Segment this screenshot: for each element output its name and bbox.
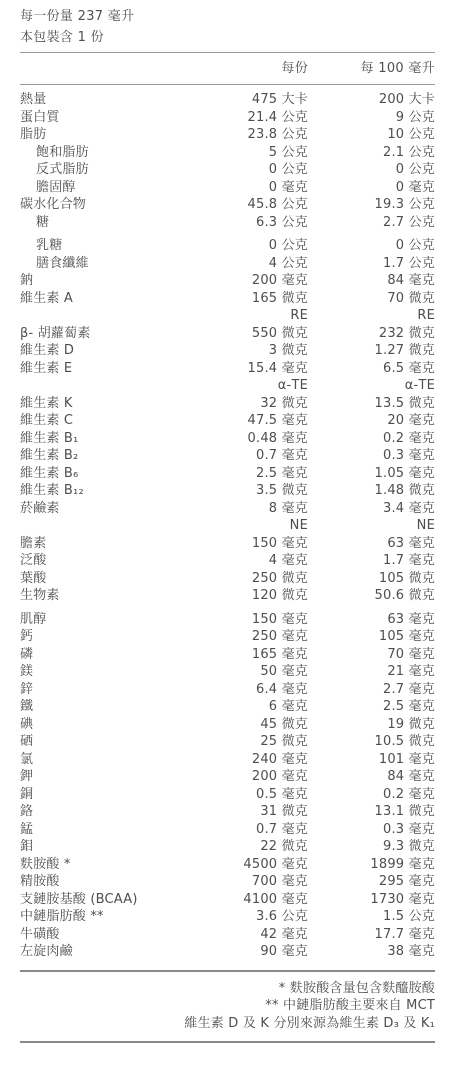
per-serving-column-header: 每份 <box>200 60 308 77</box>
value-text: 13.5 微克 <box>308 395 435 413</box>
per-100ml-value: 2.1 公克 <box>308 144 435 162</box>
table-row: 維生素 B₁₂3.5 微克1.48 微克 <box>20 482 435 500</box>
per-100ml-value: 1.7 毫克 <box>308 552 435 570</box>
table-row: 維生素 D3 微克1.27 微克 <box>20 342 435 360</box>
row-label: 銅 <box>20 786 200 804</box>
per-serving-value: 32 微克 <box>200 395 308 413</box>
serving-size-text: 每一份量 237 毫升 <box>20 6 435 27</box>
value-text: 31 微克 <box>200 803 308 821</box>
per-serving-value: 42 毫克 <box>200 926 308 944</box>
row-label: 維生素 D <box>20 342 200 360</box>
table-row: 蛋白質21.4 公克9 公克 <box>20 109 435 127</box>
per-serving-value: 23.8 公克 <box>200 126 308 144</box>
value-text: 25 微克 <box>200 733 308 751</box>
table-row: 維生素 A165 微克RE70 微克RE <box>20 290 435 325</box>
table-row: 熱量475 大卡200 大卡 <box>20 91 435 109</box>
value-text: 42 毫克 <box>200 926 308 944</box>
value-text: 250 微克 <box>200 570 308 588</box>
table-row: 精胺酸700 毫克295 毫克 <box>20 873 435 891</box>
per-serving-value: 165 微克RE <box>200 290 308 325</box>
value-text: 232 微克 <box>308 325 435 343</box>
per-100ml-value: 63 毫克 <box>308 611 435 629</box>
row-label: 鋅 <box>20 681 200 699</box>
row-label: 膽素 <box>20 535 200 553</box>
unit-continuation: α-TE <box>200 377 308 395</box>
per-100ml-value: 20 毫克 <box>308 412 435 430</box>
per-100ml-value: 21 毫克 <box>308 663 435 681</box>
per-100ml-column-header: 每 100 毫升 <box>308 60 435 77</box>
per-serving-value: 4100 毫克 <box>200 891 308 909</box>
table-row: 糖6.3 公克2.7 公克 <box>20 214 435 232</box>
per-100ml-value: 10 公克 <box>308 126 435 144</box>
per-serving-value: 0.48 毫克 <box>200 430 308 448</box>
table-row: 生物素120 微克50.6 微克 <box>20 587 435 605</box>
row-label: 維生素 B₆ <box>20 465 200 483</box>
value-text: 165 毫克 <box>200 646 308 664</box>
value-text: 120 微克 <box>200 587 308 605</box>
per-serving-value: 250 毫克 <box>200 628 308 646</box>
row-label: 反式脂肪 <box>20 161 200 179</box>
table-row: 錳0.7 毫克0.3 毫克 <box>20 821 435 839</box>
table-row: 飽和脂肪5 公克2.1 公克 <box>20 144 435 162</box>
value-text: 1899 毫克 <box>308 856 435 874</box>
row-label: 乳糖 <box>20 237 200 255</box>
value-text: 0 公克 <box>200 237 308 255</box>
nutrition-table-body: 熱量475 大卡200 大卡蛋白質21.4 公克9 公克脂肪23.8 公克10 … <box>20 85 435 970</box>
per-100ml-value: 6.5 毫克α-TE <box>308 360 435 395</box>
per-serving-value: 0 公克 <box>200 237 308 255</box>
row-label: 左旋肉鹼 <box>20 943 200 961</box>
per-serving-value: 0.5 毫克 <box>200 786 308 804</box>
per-100ml-value: 17.7 毫克 <box>308 926 435 944</box>
value-text: 2.7 公克 <box>308 214 435 232</box>
value-text: 84 毫克 <box>308 272 435 290</box>
value-text: 4 公克 <box>200 255 308 273</box>
per-100ml-value: 0 公克 <box>308 237 435 255</box>
per-100ml-value: 9.3 微克 <box>308 838 435 856</box>
value-text: 200 毫克 <box>200 272 308 290</box>
value-text: 250 毫克 <box>200 628 308 646</box>
row-label: 葉酸 <box>20 570 200 588</box>
footnote-mct: ** 中鏈脂肪酸主要來自 MCT <box>20 997 435 1015</box>
value-text: 0.7 毫克 <box>200 821 308 839</box>
per-serving-value: 200 毫克 <box>200 272 308 290</box>
value-text: 0.3 毫克 <box>308 447 435 465</box>
per-serving-value: 200 毫克 <box>200 768 308 786</box>
unit-continuation: NE <box>308 517 435 535</box>
value-text: 21.4 公克 <box>200 109 308 127</box>
per-100ml-value: 101 毫克 <box>308 751 435 769</box>
per-serving-value: 0 毫克 <box>200 179 308 197</box>
table-row: 鎂50 毫克21 毫克 <box>20 663 435 681</box>
per-serving-value: 45 微克 <box>200 716 308 734</box>
nutrition-label: 每一份量 237 毫升 本包裝含 1 份 每份 每 100 毫升 熱量475 大… <box>0 0 455 1072</box>
per-serving-value: 31 微克 <box>200 803 308 821</box>
row-label: 碘 <box>20 716 200 734</box>
per-serving-value: 45.8 公克 <box>200 196 308 214</box>
per-serving-value: 250 微克 <box>200 570 308 588</box>
table-row: 鉬22 微克9.3 微克 <box>20 838 435 856</box>
value-text: 4 毫克 <box>200 552 308 570</box>
row-label: 糖 <box>20 214 200 232</box>
per-serving-value: 6.3 公克 <box>200 214 308 232</box>
row-label: 維生素 E <box>20 360 200 395</box>
per-100ml-value: 0 毫克 <box>308 179 435 197</box>
value-text: 475 大卡 <box>200 91 308 109</box>
value-text: 32 微克 <box>200 395 308 413</box>
per-100ml-value: 3.4 毫克NE <box>308 500 435 535</box>
value-text: 105 毫克 <box>308 628 435 646</box>
value-text: 165 微克 <box>200 290 308 308</box>
value-text: 70 毫克 <box>308 646 435 664</box>
per-100ml-value: 84 毫克 <box>308 272 435 290</box>
value-text: 2.5 毫克 <box>308 698 435 716</box>
value-text: 3.4 毫克 <box>308 500 435 518</box>
per-100ml-value: 38 毫克 <box>308 943 435 961</box>
value-text: 0.2 毫克 <box>308 430 435 448</box>
row-label: 鉀 <box>20 768 200 786</box>
table-row: 鐵6 毫克2.5 毫克 <box>20 698 435 716</box>
table-row: 鉻31 微克13.1 微克 <box>20 803 435 821</box>
per-serving-value: 2.5 毫克 <box>200 465 308 483</box>
table-row: 牛磺酸42 毫克17.7 毫克 <box>20 926 435 944</box>
table-row: 維生素 C47.5 毫克20 毫克 <box>20 412 435 430</box>
table-row: 葉酸250 微克105 微克 <box>20 570 435 588</box>
value-text: 47.5 毫克 <box>200 412 308 430</box>
per-serving-value: 50 毫克 <box>200 663 308 681</box>
row-label: 磷 <box>20 646 200 664</box>
footnote-glutamic-acid: * 麩胺酸含量包含麩醯胺酸 <box>20 980 435 998</box>
value-text: 4500 毫克 <box>200 856 308 874</box>
table-row: 鉀200 毫克84 毫克 <box>20 768 435 786</box>
value-text: 101 毫克 <box>308 751 435 769</box>
per-100ml-value: 1.5 公克 <box>308 908 435 926</box>
row-label: 維生素 B₁₂ <box>20 482 200 500</box>
per-serving-value: 3 微克 <box>200 342 308 360</box>
value-text: 200 大卡 <box>308 91 435 109</box>
per-serving-value: 90 毫克 <box>200 943 308 961</box>
per-100ml-value: 63 毫克 <box>308 535 435 553</box>
value-text: 8 毫克 <box>200 500 308 518</box>
value-text: 6.5 毫克 <box>308 360 435 378</box>
per-serving-value: 150 毫克 <box>200 611 308 629</box>
row-label: 菸鹼素 <box>20 500 200 535</box>
table-row: 麩胺酸 *4500 毫克1899 毫克 <box>20 856 435 874</box>
table-row: 磷165 毫克70 毫克 <box>20 646 435 664</box>
row-label: 鎂 <box>20 663 200 681</box>
table-row: 乳糖0 公克0 公克 <box>20 237 435 255</box>
per-serving-value: 22 微克 <box>200 838 308 856</box>
table-row: 鈉200 毫克84 毫克 <box>20 272 435 290</box>
footnotes: * 麩胺酸含量包含麩醯胺酸 ** 中鏈脂肪酸主要來自 MCT 維生素 D 及 K… <box>20 980 435 1033</box>
table-row: 硒25 微克10.5 微克 <box>20 733 435 751</box>
per-100ml-value: 0.2 毫克 <box>308 786 435 804</box>
per-100ml-value: 1730 毫克 <box>308 891 435 909</box>
row-label: 維生素 A <box>20 290 200 325</box>
per-serving-value: 240 毫克 <box>200 751 308 769</box>
unit-continuation: RE <box>308 307 435 325</box>
per-serving-value: 150 毫克 <box>200 535 308 553</box>
per-100ml-value: 105 毫克 <box>308 628 435 646</box>
value-text: 21 毫克 <box>308 663 435 681</box>
per-100ml-value: 13.5 微克 <box>308 395 435 413</box>
table-row: 中鏈脂肪酸 **3.6 公克1.5 公克 <box>20 908 435 926</box>
value-text: 1.5 公克 <box>308 908 435 926</box>
per-serving-value: 15.4 毫克α-TE <box>200 360 308 395</box>
table-row: 鈣250 毫克105 毫克 <box>20 628 435 646</box>
table-row: 銅0.5 毫克0.2 毫克 <box>20 786 435 804</box>
per-100ml-value: 1.7 公克 <box>308 255 435 273</box>
value-text: 63 毫克 <box>308 611 435 629</box>
table-row: 泛酸4 毫克1.7 毫克 <box>20 552 435 570</box>
value-text: 150 毫克 <box>200 535 308 553</box>
row-label: 脂肪 <box>20 126 200 144</box>
value-text: 2.5 毫克 <box>200 465 308 483</box>
value-text: 0 公克 <box>308 161 435 179</box>
per-serving-value: 550 微克 <box>200 325 308 343</box>
value-text: 63 毫克 <box>308 535 435 553</box>
value-text: 17.7 毫克 <box>308 926 435 944</box>
value-text: 0.48 毫克 <box>200 430 308 448</box>
row-label: 精胺酸 <box>20 873 200 891</box>
table-row: 鋅6.4 毫克2.7 毫克 <box>20 681 435 699</box>
package-contains-text: 本包裝含 1 份 <box>20 27 435 48</box>
table-row: 維生素 E15.4 毫克α-TE6.5 毫克α-TE <box>20 360 435 395</box>
table-header-row: 每份 每 100 毫升 <box>20 53 435 84</box>
value-text: 5 公克 <box>200 144 308 162</box>
value-text: 9.3 微克 <box>308 838 435 856</box>
per-100ml-value: 295 毫克 <box>308 873 435 891</box>
value-text: 6 毫克 <box>200 698 308 716</box>
per-serving-value: 120 微克 <box>200 587 308 605</box>
table-row: 肌醇150 毫克63 毫克 <box>20 611 435 629</box>
table-row: β- 胡蘿蔔素550 微克232 微克 <box>20 325 435 343</box>
value-text: 2.1 公克 <box>308 144 435 162</box>
footnote-vitamin-sources: 維生素 D 及 K 分別來源為維生素 D₃ 及 K₁ <box>20 1015 435 1033</box>
table-row: 菸鹼素8 毫克NE3.4 毫克NE <box>20 500 435 535</box>
row-label: 維生素 C <box>20 412 200 430</box>
value-text: 0.5 毫克 <box>200 786 308 804</box>
unit-continuation: α-TE <box>308 377 435 395</box>
value-text: 3 微克 <box>200 342 308 360</box>
value-text: 3.5 微克 <box>200 482 308 500</box>
table-row: 左旋肉鹼90 毫克38 毫克 <box>20 943 435 961</box>
value-text: 10 公克 <box>308 126 435 144</box>
row-label: 鉬 <box>20 838 200 856</box>
value-text: 38 毫克 <box>308 943 435 961</box>
value-text: 19 微克 <box>308 716 435 734</box>
per-100ml-value: 105 微克 <box>308 570 435 588</box>
per-100ml-value: 0.2 毫克 <box>308 430 435 448</box>
value-text: 23.8 公克 <box>200 126 308 144</box>
value-text: 0.3 毫克 <box>308 821 435 839</box>
row-label: 鉻 <box>20 803 200 821</box>
table-row: 脂肪23.8 公克10 公克 <box>20 126 435 144</box>
row-label: 麩胺酸 * <box>20 856 200 874</box>
per-100ml-value: 70 微克RE <box>308 290 435 325</box>
per-serving-value: 5 公克 <box>200 144 308 162</box>
row-label: 支鏈胺基酸 (BCAA) <box>20 891 200 909</box>
row-label: 泛酸 <box>20 552 200 570</box>
value-text: 1.7 公克 <box>308 255 435 273</box>
value-text: 13.1 微克 <box>308 803 435 821</box>
per-serving-value: 25 微克 <box>200 733 308 751</box>
per-100ml-value: 0.3 毫克 <box>308 821 435 839</box>
per-100ml-value: 200 大卡 <box>308 91 435 109</box>
value-text: 700 毫克 <box>200 873 308 891</box>
row-label: 膽固醇 <box>20 179 200 197</box>
row-label: 鈉 <box>20 272 200 290</box>
value-text: 150 毫克 <box>200 611 308 629</box>
per-serving-value: 4 毫克 <box>200 552 308 570</box>
per-100ml-value: 19.3 公克 <box>308 196 435 214</box>
value-text: 6.4 毫克 <box>200 681 308 699</box>
per-serving-value: 47.5 毫克 <box>200 412 308 430</box>
value-text: 1.7 毫克 <box>308 552 435 570</box>
value-text: 20 毫克 <box>308 412 435 430</box>
serving-info: 每一份量 237 毫升 本包裝含 1 份 <box>20 6 435 48</box>
value-text: 1730 毫克 <box>308 891 435 909</box>
per-100ml-value: 0 公克 <box>308 161 435 179</box>
row-label: β- 胡蘿蔔素 <box>20 325 200 343</box>
footnote-divider <box>20 970 435 972</box>
per-100ml-value: 19 微克 <box>308 716 435 734</box>
per-serving-value: 0.7 毫克 <box>200 821 308 839</box>
value-text: 90 毫克 <box>200 943 308 961</box>
value-text: 70 微克 <box>308 290 435 308</box>
per-serving-value: 4 公克 <box>200 255 308 273</box>
per-100ml-value: 1.48 微克 <box>308 482 435 500</box>
row-label: 肌醇 <box>20 611 200 629</box>
per-serving-value: 700 毫克 <box>200 873 308 891</box>
value-text: 200 毫克 <box>200 768 308 786</box>
table-row: 維生素 B₂0.7 毫克0.3 毫克 <box>20 447 435 465</box>
value-text: 3.6 公克 <box>200 908 308 926</box>
value-text: 1.48 微克 <box>308 482 435 500</box>
row-label: 錳 <box>20 821 200 839</box>
value-text: 0.2 毫克 <box>308 786 435 804</box>
row-label: 鈣 <box>20 628 200 646</box>
value-text: 6.3 公克 <box>200 214 308 232</box>
value-text: 295 毫克 <box>308 873 435 891</box>
row-label: 維生素 K <box>20 395 200 413</box>
value-text: 0 毫克 <box>308 179 435 197</box>
row-label: 熱量 <box>20 91 200 109</box>
per-100ml-value: 2.5 毫克 <box>308 698 435 716</box>
per-100ml-value: 50.6 微克 <box>308 587 435 605</box>
table-row: 膽素150 毫克63 毫克 <box>20 535 435 553</box>
value-text: 4100 毫克 <box>200 891 308 909</box>
value-text: 1.27 微克 <box>308 342 435 360</box>
row-label: 飽和脂肪 <box>20 144 200 162</box>
per-100ml-value: 2.7 毫克 <box>308 681 435 699</box>
row-label: 蛋白質 <box>20 109 200 127</box>
value-text: 22 微克 <box>200 838 308 856</box>
per-serving-value: 21.4 公克 <box>200 109 308 127</box>
per-100ml-value: 9 公克 <box>308 109 435 127</box>
value-text: 0 公克 <box>308 237 435 255</box>
row-label: 生物素 <box>20 587 200 605</box>
per-100ml-value: 84 毫克 <box>308 768 435 786</box>
table-row: 支鏈胺基酸 (BCAA)4100 毫克1730 毫克 <box>20 891 435 909</box>
bottom-divider <box>20 1041 435 1043</box>
row-label: 牛磺酸 <box>20 926 200 944</box>
table-row: 膽固醇0 毫克0 毫克 <box>20 179 435 197</box>
per-serving-value: 6 毫克 <box>200 698 308 716</box>
table-row: 反式脂肪0 公克0 公克 <box>20 161 435 179</box>
table-row: 維生素 B₁0.48 毫克0.2 毫克 <box>20 430 435 448</box>
per-100ml-value: 2.7 公克 <box>308 214 435 232</box>
value-text: 84 毫克 <box>308 768 435 786</box>
per-100ml-value: 1.05 毫克 <box>308 465 435 483</box>
value-text: 10.5 微克 <box>308 733 435 751</box>
value-text: 15.4 毫克 <box>200 360 308 378</box>
row-label: 鐵 <box>20 698 200 716</box>
table-row: 膳食纖維4 公克1.7 公克 <box>20 255 435 273</box>
table-row: 碘45 微克19 微克 <box>20 716 435 734</box>
row-label: 中鏈脂肪酸 ** <box>20 908 200 926</box>
per-100ml-value: 232 微克 <box>308 325 435 343</box>
value-text: 50 毫克 <box>200 663 308 681</box>
value-text: 0.7 毫克 <box>200 447 308 465</box>
value-text: 45 微克 <box>200 716 308 734</box>
row-label: 維生素 B₂ <box>20 447 200 465</box>
value-text: 550 微克 <box>200 325 308 343</box>
value-text: 2.7 毫克 <box>308 681 435 699</box>
per-100ml-value: 13.1 微克 <box>308 803 435 821</box>
per-100ml-value: 0.3 毫克 <box>308 447 435 465</box>
per-serving-value: 0.7 毫克 <box>200 447 308 465</box>
per-serving-value: 165 毫克 <box>200 646 308 664</box>
value-text: 19.3 公克 <box>308 196 435 214</box>
per-serving-value: 4500 毫克 <box>200 856 308 874</box>
per-100ml-value: 10.5 微克 <box>308 733 435 751</box>
per-serving-value: 8 毫克NE <box>200 500 308 535</box>
per-serving-value: 3.5 微克 <box>200 482 308 500</box>
table-row: 維生素 B₆2.5 毫克1.05 毫克 <box>20 465 435 483</box>
per-serving-value: 3.6 公克 <box>200 908 308 926</box>
value-text: 9 公克 <box>308 109 435 127</box>
value-text: 1.05 毫克 <box>308 465 435 483</box>
per-100ml-value: 1899 毫克 <box>308 856 435 874</box>
table-row: 氯240 毫克101 毫克 <box>20 751 435 769</box>
row-label: 氯 <box>20 751 200 769</box>
row-label: 膳食纖維 <box>20 255 200 273</box>
unit-continuation: NE <box>200 517 308 535</box>
value-text: 105 微克 <box>308 570 435 588</box>
value-text: 0 毫克 <box>200 179 308 197</box>
label-column-header <box>20 60 200 77</box>
per-serving-value: 6.4 毫克 <box>200 681 308 699</box>
table-row: 維生素 K32 微克13.5 微克 <box>20 395 435 413</box>
value-text: 240 毫克 <box>200 751 308 769</box>
value-text: 0 公克 <box>200 161 308 179</box>
table-row: 碳水化合物45.8 公克19.3 公克 <box>20 196 435 214</box>
per-serving-value: 475 大卡 <box>200 91 308 109</box>
per-serving-value: 0 公克 <box>200 161 308 179</box>
value-text: 45.8 公克 <box>200 196 308 214</box>
per-100ml-value: 70 毫克 <box>308 646 435 664</box>
per-100ml-value: 1.27 微克 <box>308 342 435 360</box>
value-text: 50.6 微克 <box>308 587 435 605</box>
row-label: 碳水化合物 <box>20 196 200 214</box>
row-label: 硒 <box>20 733 200 751</box>
row-label: 維生素 B₁ <box>20 430 200 448</box>
unit-continuation: RE <box>200 307 308 325</box>
